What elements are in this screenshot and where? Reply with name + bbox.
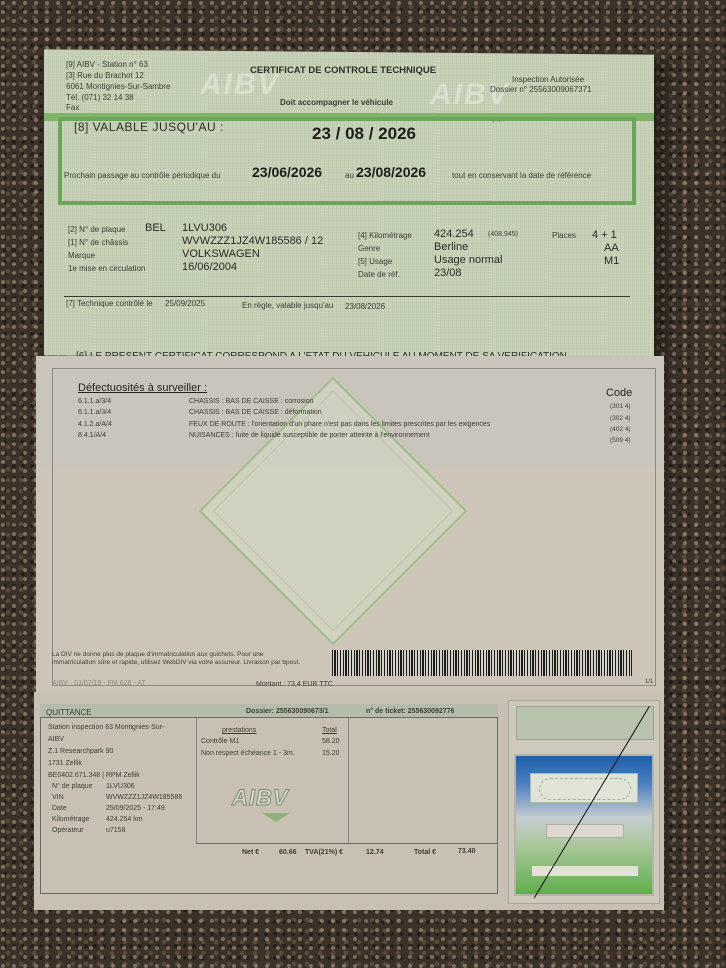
total-amount: 73.40 [458,848,476,855]
field-label: N° de plaque [52,783,93,790]
service-name: Non respect échéance 1 - 3m. [201,750,295,757]
field-value: 25/09/2025 - 17:49 [106,805,165,812]
next-inspection-to: 23/08/2026 [356,164,426,180]
chassis-label: [1] N° de châssis [68,238,128,247]
field-label: Date [52,805,67,812]
defect-code: (402 4) [610,426,631,433]
field-value: u7158 [106,827,125,834]
defect-description: CHASSIS : BAS DE CAISSE : déformation [189,409,322,416]
receipt-company: AIBV [48,736,64,743]
genre-label: Genre [358,244,380,253]
receipt-station: Station inspection 63 Montignies-Sur- [48,724,164,731]
next-inspection-prefix: Prochain passage au contrôle périodique … [64,171,221,180]
next-inspection-au: au [345,171,354,180]
defect-ref: 8.4.1/A/4 [78,432,106,439]
field-value: 424.254 km [106,816,143,823]
station-street: [3] Rue du Brachot 12 [66,71,144,80]
defect-description: NUISANCES : fuite de liquide susceptible… [189,432,430,439]
barcode [332,650,632,676]
field-value: WVWZZZ1JZ4W185586 [106,794,182,801]
receipt-ticket: n° de ticket: 255630092776 [366,708,454,715]
reference-date: 23/08 [434,267,462,279]
brand-label: Marque [68,251,95,260]
legal-date: 23/08/2026 [345,302,385,311]
plate-number: 1LVU306 [182,222,227,234]
form-reference: AIBV · 01/07/19 - FM 626 - AT [52,680,146,687]
receipt-dossier: Dossier: 255630090673/1 [246,708,329,715]
services-header: prestations [222,727,256,734]
code-header: Code [606,387,632,399]
defect-description: CHASSIS : BAS DE CAISSE : corrosion [189,398,314,405]
field-label: Opérateur [52,827,84,834]
next-inspection-from: 23/06/2026 [252,164,322,180]
field-label: VIN [52,794,64,801]
brand-value: VOLKSWAGEN [182,248,260,260]
receipt-vat: BE0402.671.348 | RPM Zellik [48,772,140,779]
service-total: 58.20 [322,738,340,745]
service-total: 15.20 [322,750,340,757]
defect-ref: 4.1.2.a/A/4 [78,421,112,428]
chassis-number: WVWZZZ1JZ4W185586 / 12 [182,235,323,247]
defects-title: Défectuosités à surveiller : [78,382,207,394]
receipt-address: Z.1 Researchpark 90 [48,748,113,755]
total-header: Total [322,727,337,734]
defect-ref: 6.1.1.a/3/4 [78,409,111,416]
first-registration-date: 16/06/2004 [182,261,237,273]
inspection-certificate: AIBV AIBV [9] AIBV - Station n° 63 [3] R… [0,0,726,968]
seats-label: Places [552,231,576,240]
usage-value: Usage normal [434,254,502,266]
genre-value: Berline [434,241,468,253]
tva-label: TVA(21%) € [305,849,343,856]
km-previous: (408.945) [488,231,518,238]
station-fax: Fax [66,103,79,112]
defect-code: (302 4) [610,415,631,422]
genre-code: AA [604,242,619,254]
valid-until-label: [8] VALABLE JUSQU'AU : [74,120,224,134]
div-notice-line-2: immatriculation sûre et rapide, utilisez… [52,659,300,666]
net-label: Net € [242,849,259,856]
plate-label: [2] N° de plaque [68,225,125,234]
next-inspection-suffix: tout en conservant la date de référence [452,171,591,180]
service-name: Contrôle M1 [201,738,239,745]
dossier-number: Dossier n° 25563009067371 [490,85,592,94]
tva-amount: 12.74 [366,849,384,856]
station-name: [9] AIBV - Station n° 63 [66,60,148,69]
valid-until-date: 23 / 08 / 2026 [312,124,416,144]
certificate-title: CERTIFICAT DE CONTROLE TECHNIQUE [250,65,436,76]
vignette-emblem [530,773,638,803]
defect-description: FEUX DE ROUTE : l'orientation d'un phare… [189,421,490,428]
field-value: 1LVU306 [106,783,135,790]
usage-label: [5] Usage [358,257,392,266]
defect-code: (301 4) [610,403,631,410]
km-value: 424.254 [434,228,474,240]
station-city: 6061 Montignies-Sur-Sambre [66,82,171,91]
reference-date-label: Date de réf. [358,270,400,279]
seats-value: 4 + 1 [592,229,617,241]
legal-label: En règle, valable jusqu'au [242,301,333,310]
aibv-logo: AIBV [232,785,289,811]
receipt-title: QUITTANCE [46,708,92,717]
field-label: Kilométrage [52,816,89,823]
inspection-label: Inspection Autorisée [512,75,584,84]
divider [64,296,630,297]
controlled-date: 25/09/2025 [165,299,205,308]
controlled-label: [7] Technique contrôlé le [66,299,153,308]
page-number: 1/1 [645,679,653,685]
receipt-city: 1731 Zellik [48,760,82,767]
certificate-subtitle: Doit accompagner le véhicule [280,98,393,107]
amount-total: Montant : 73,4 EUR TTC [256,681,333,688]
vignette-field [546,824,624,838]
station-phone: Tél. (071) 32 14 38 [66,93,134,102]
usage-code: M1 [604,255,619,267]
aibv-watermark: AIBV [430,78,510,112]
div-notice-line-1: La DIV ne donne plus de plaque d'immatri… [52,651,264,658]
km-label: [4] Kilométrage [358,231,412,240]
aibv-logo-triangle [262,813,290,822]
total-label: Total € [414,849,436,856]
defect-ref: 6.1.1.a/3/4 [78,398,111,405]
defect-code: (509 4) [610,437,631,444]
plate-country: BEL [145,222,166,234]
net-amount: 60.66 [279,849,297,856]
first-registration-label: 1e mise en circulation [68,264,145,273]
stub-header [516,706,654,740]
